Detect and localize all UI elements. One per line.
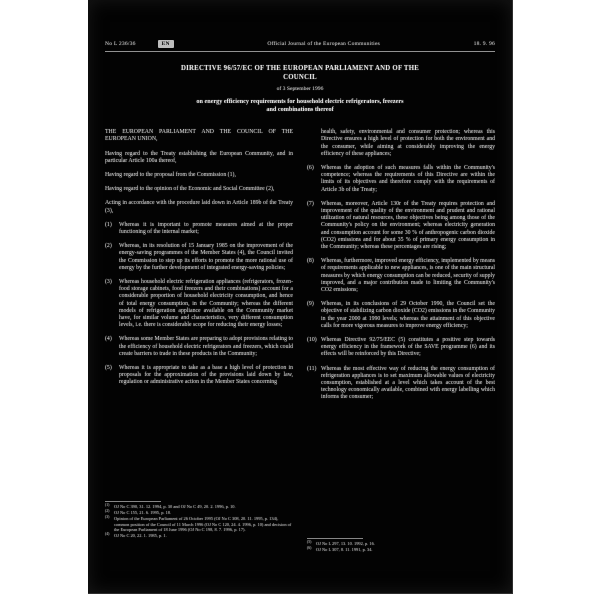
recital-5: (5) Whereas it is appropriate to take as… xyxy=(105,365,293,387)
recital-number: (6) xyxy=(307,165,314,172)
recital-text: Whereas household electric refrigeration… xyxy=(119,279,293,328)
screenshot-background: No L 236/36 EN Official Journal of the E… xyxy=(0,0,600,600)
recital-number: (7) xyxy=(307,201,314,208)
directive-title-line2: COUNCIL xyxy=(105,74,495,83)
recital-number: (3) xyxy=(105,279,112,286)
recital-number: (8) xyxy=(307,258,314,265)
footnote-mark: (2) xyxy=(105,509,109,515)
footnote-text: OJ No L 307, 8. 11. 1991, p. 34. xyxy=(316,547,373,552)
recital-4: (4) Whereas some Member States are prepa… xyxy=(105,336,293,358)
preamble-commission-proposal: Having regard to the proposal from the C… xyxy=(105,172,293,179)
footnote-mark: (5) xyxy=(307,540,311,546)
language-badge: EN xyxy=(158,40,174,48)
footnote-text: OJ No C 155, 21. 6. 1995, p. 18. xyxy=(114,510,171,515)
preamble-procedure: Acting in accordance with the procedure … xyxy=(105,200,293,214)
directive-title: DIRECTIVE 96/57/EC OF THE EUROPEAN PARLI… xyxy=(105,65,495,82)
recital-text: Whereas the most effective way of reduci… xyxy=(321,366,495,401)
header-rule xyxy=(105,51,495,52)
recital-1: (1) Whereas it is important to promote m… xyxy=(105,222,293,236)
preamble-treaty-citation: Having regard to the Treaty establishing… xyxy=(105,151,293,165)
recital-number: (2) xyxy=(105,243,112,250)
footnote-mark: (4) xyxy=(105,532,109,538)
recital-text: Whereas Directive 92/75/EEC (5) constitu… xyxy=(321,337,495,357)
footnotes-rule xyxy=(307,538,363,539)
recital-text: Whereas, moreover, Article 130r of the T… xyxy=(321,201,495,250)
footnote-4: (4) OJ No C 20, 22. 1. 1985, p. 1. xyxy=(105,533,293,539)
directive-date: of 3 September 1996 xyxy=(105,86,495,92)
recital-6: (6) Whereas the adoption of such measure… xyxy=(307,165,495,194)
footnote-text: Opinion of the European Parliament of 26… xyxy=(114,516,291,532)
recital-11: (11) Whereas the most effective way of r… xyxy=(307,366,495,402)
recital-number: (4) xyxy=(105,336,112,343)
recital-text: Whereas it is appropriate to take as a b… xyxy=(119,365,293,385)
recital-text: Whereas the adoption of such measures fa… xyxy=(321,165,495,193)
journal-title: Official Journal of the European Communi… xyxy=(174,41,474,47)
footnote-mark: (1) xyxy=(105,503,109,509)
recital-3: (3) Whereas household electric refrigera… xyxy=(105,279,293,329)
footnote-mark: (6) xyxy=(307,546,311,552)
body-columns: THE EUROPEAN PARLIAMENT AND THE COUNCIL … xyxy=(105,129,495,565)
recital-text: Whereas it is important to promote measu… xyxy=(119,222,293,235)
recital-number: (1) xyxy=(105,222,112,229)
footnote-text: OJ No C 390, 31. 12. 1994, p. 30 and OJ … xyxy=(114,504,236,509)
page-header: No L 236/36 EN Official Journal of the E… xyxy=(105,40,495,48)
footnotes-right: (5) OJ No L 297, 13. 10. 1992, p. 16. (6… xyxy=(307,538,495,566)
column-left: THE EUROPEAN PARLIAMENT AND THE COUNCIL … xyxy=(105,129,293,565)
recital-number: (10) xyxy=(307,337,317,344)
footnotes-rule xyxy=(105,501,161,502)
directive-title-block: DIRECTIVE 96/57/EC OF THE EUROPEAN PARLI… xyxy=(105,65,495,113)
footnote-text: OJ No L 297, 13. 10. 1992, p. 16. xyxy=(316,541,375,546)
preamble-enacting-authority: THE EUROPEAN PARLIAMENT AND THE COUNCIL … xyxy=(105,129,293,143)
directive-subject: on energy efficiency requirements for ho… xyxy=(105,98,495,113)
recital-number: (11) xyxy=(307,366,316,373)
preamble-esc-opinion: Having regard to the opinion of the Econ… xyxy=(105,186,293,193)
directive-subject-line2: and combinations thereof xyxy=(105,106,495,114)
recital-5-continuation: health, safety, environmental and consum… xyxy=(307,129,495,158)
recital-2: (2) Whereas, in its resolution of 15 Jan… xyxy=(105,243,293,272)
footnote-1: (1) OJ No C 390, 31. 12. 1994, p. 30 and… xyxy=(105,504,293,510)
recital-text: health, safety, environmental and consum… xyxy=(321,129,495,157)
recital-number: (5) xyxy=(105,365,112,372)
directive-title-line1: DIRECTIVE 96/57/EC OF THE EUROPEAN PARLI… xyxy=(105,65,495,74)
recital-9: (9) Whereas, in its conclusions of 29 Oc… xyxy=(307,301,495,330)
footnote-6: (6) OJ No L 307, 8. 11. 1991, p. 34. xyxy=(307,547,495,553)
recital-text: Whereas, furthermore, improved energy ef… xyxy=(321,258,495,293)
column-right: health, safety, environmental and consum… xyxy=(307,129,495,565)
recital-8: (8) Whereas, furthermore, improved energ… xyxy=(307,258,495,294)
footnote-2: (2) OJ No C 155, 21. 6. 1995, p. 18. xyxy=(105,510,293,516)
recital-text: Whereas, in its conclusions of 29 Octobe… xyxy=(321,301,495,329)
oj-document-page: No L 236/36 EN Official Journal of the E… xyxy=(88,0,513,594)
recital-7: (7) Whereas, moreover, Article 130r of t… xyxy=(307,201,495,251)
recital-text: Whereas, in its resolution of 15 January… xyxy=(119,243,293,271)
header-page-ref: No L 236/36 xyxy=(105,41,136,47)
footnote-5: (5) OJ No L 297, 13. 10. 1992, p. 16. xyxy=(307,541,495,547)
footnote-mark: (3) xyxy=(105,515,109,521)
footnote-3: (3) Opinion of the European Parliament o… xyxy=(105,516,293,533)
header-date: 18. 9. 96 xyxy=(474,41,495,47)
page-content: No L 236/36 EN Official Journal of the E… xyxy=(88,0,512,565)
footnote-text: OJ No C 20, 22. 1. 1985, p. 1. xyxy=(114,533,167,538)
directive-subject-line1: on energy efficiency requirements for ho… xyxy=(105,98,495,106)
recital-10: (10) Whereas Directive 92/75/EEC (5) con… xyxy=(307,337,495,359)
recital-number: (9) xyxy=(307,301,314,308)
recital-text: Whereas some Member States are preparing… xyxy=(119,336,293,356)
footnotes-left: (1) OJ No C 390, 31. 12. 1994, p. 30 and… xyxy=(105,501,293,566)
